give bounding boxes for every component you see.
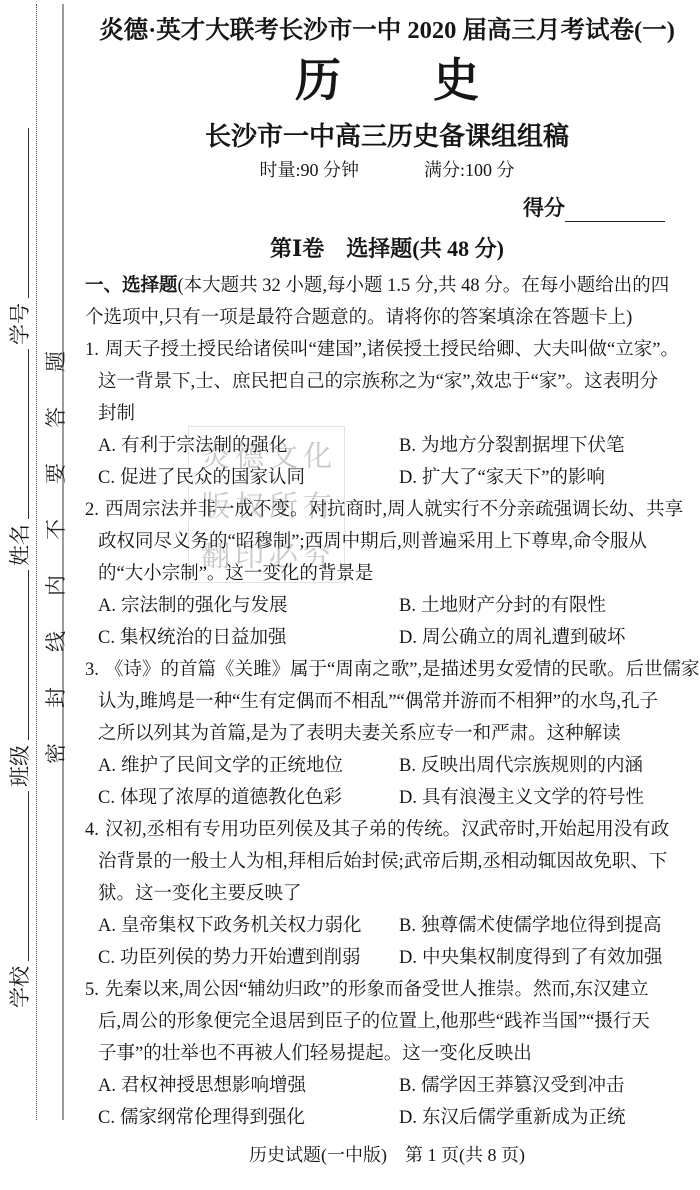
options-row: A.维护了民间文学的正统地位 B.反映出周代宗族规则的内涵 — [98, 750, 689, 782]
id-field-label: 学号 — [4, 303, 34, 345]
option-label: C. — [98, 948, 115, 968]
question-2: 2.西周宗法并非一成不变。对抗商时,周人就实行不分亲疏强调长幼、共享 政权同尽义… — [85, 494, 689, 654]
exam-paper-page: 学校 班级 姓名 学号 密封线内不要答题 炎德文化 版权所有 翻印必究 炎德·英… — [0, 0, 700, 1190]
options-row: C.儒家纲常伦理得到强化 D.东汉后儒学重新成为正统 — [98, 1102, 689, 1134]
option-a: A.宗法制的强化与发展 — [98, 590, 399, 622]
options-row: A.宗法制的强化与发展 B.土地财产分封的有限性 — [98, 590, 689, 622]
option-label: C. — [98, 628, 115, 648]
question-stem-line: 1.周天子授土授民给诸侯叫“建国”,诸侯授土授民给卿、大夫叫做“立家”。 — [85, 334, 689, 366]
option-a: A.皇帝集权下政务机关权力弱化 — [98, 910, 399, 942]
question-stem-line: 后,周公的形象便完全退居到臣子的位置上,他那些“践祚当国”“摄行天 — [98, 1006, 689, 1038]
question-number: 4. — [85, 814, 105, 846]
option-label: B. — [399, 436, 416, 456]
student-info-strip: 学校 班级 姓名 学号 — [6, 108, 32, 1008]
question-stem-line: 2.西周宗法并非一成不变。对抗商时,周人就实行不分亲疏强调长幼、共享 — [85, 494, 689, 526]
option-text: 独尊儒术使儒学地位得到提高 — [421, 916, 662, 936]
option-label: C. — [98, 468, 115, 488]
score-blank-line — [565, 197, 665, 222]
id-field-label: 姓名 — [4, 524, 34, 566]
option-text: 扩大了“家天下”的影响 — [422, 468, 605, 488]
option-text: 皇帝集权下政务机关权力弱化 — [121, 916, 362, 936]
options-row: C.体现了浓厚的道德教化色彩 D.具有浪漫主义文学的符号性 — [98, 782, 689, 814]
question-stem-line: 治背景的一般士人为相,拜相后始封侯;武帝后期,丞相动辄因故免职、下 — [98, 846, 689, 878]
option-label: C. — [98, 788, 115, 808]
option-text: 君权神授思想影响增强 — [121, 1076, 306, 1096]
option-label: A. — [98, 756, 116, 776]
option-text: 东汉后儒学重新成为正统 — [422, 1108, 626, 1128]
question-1: 1.周天子授土授民给诸侯叫“建国”,诸侯授土授民给卿、大夫叫做“立家”。 这一背… — [85, 334, 689, 494]
option-text: 中央集权制度得到了有效加强 — [422, 948, 663, 968]
option-b: B.反映出周代宗族规则的内涵 — [399, 750, 643, 782]
id-blank-line — [10, 128, 29, 298]
options-row: C.促进了民众的国家认同 D.扩大了“家天下”的影响 — [98, 462, 689, 494]
option-text: 周公确立的周礼遭到破坏 — [422, 628, 626, 648]
option-text: 集权统治的日益加强 — [120, 628, 287, 648]
question-stem-line: 的“大小宗制”。这一变化的背景是 — [98, 558, 689, 590]
option-text: 土地财产分封的有限性 — [421, 596, 606, 616]
question-number: 2. — [85, 494, 105, 526]
option-d: D.扩大了“家天下”的影响 — [399, 462, 605, 494]
option-text: 功臣列侯的势力开始遭到削弱 — [120, 948, 361, 968]
question-number: 5. — [85, 974, 105, 1006]
instructions-lead: 一、选择题 — [85, 276, 178, 296]
seal-dotted-rule — [36, 4, 37, 1120]
stem-text: 周天子授土授民给诸侯叫“建国”,诸侯授土授民给卿、大夫叫做“立家”。 — [105, 340, 679, 360]
question-stem-line: 封制 — [98, 398, 689, 430]
option-b: B.为地方分裂割据埋下伏笔 — [399, 430, 624, 462]
option-a: A.有利于宗法制的强化 — [98, 430, 399, 462]
question-stem-line: 政权同尽义务的“昭穆制”;西周中期后,则普遍采用上下尊卑,命令服从 — [98, 526, 689, 558]
option-label: C. — [98, 1108, 115, 1128]
option-b: B.土地财产分封的有限性 — [399, 590, 606, 622]
instructions-block: 一、选择题(本大题共 32 小题,每小题 1.5 分,共 48 分。在每小题给出… — [85, 270, 689, 334]
question-stem-line: 狱。这一变化主要反映了 — [98, 878, 689, 910]
stem-text: 西周宗法并非一成不变。对抗商时,周人就实行不分亲疏强调长幼、共享 — [105, 500, 683, 520]
option-text: 儒家纲常伦理得到强化 — [120, 1108, 305, 1128]
instructions-text: (本大题共 32 小题,每小题 1.5 分,共 48 分。在每小题给出的四 — [178, 276, 670, 296]
option-label: A. — [98, 1076, 116, 1096]
subject-title: 历 史 — [85, 54, 689, 106]
option-label: A. — [98, 916, 116, 936]
option-label: A. — [98, 436, 116, 456]
question-stem-line: 认为,雎鸠是一种“生有定偶而不相乱”“偶常并游而不相狎”的水鸟,孔子 — [98, 686, 689, 718]
id-blank-line — [10, 570, 29, 740]
option-text: 具有浪漫主义文学的符号性 — [422, 788, 644, 808]
option-text: 宗法制的强化与发展 — [121, 596, 288, 616]
option-c: C.儒家纲常伦理得到强化 — [98, 1102, 399, 1134]
option-text: 体现了浓厚的道德教化色彩 — [120, 788, 342, 808]
id-field-school: 学校 — [4, 787, 34, 1008]
option-label: D. — [399, 468, 417, 488]
question-stem-line: 5.先秦以来,周公因“辅幼归政”的形象而备受世人推崇。然而,东汉建立 — [85, 974, 689, 1006]
question-stem-line: 4.汉初,丞相有专用功臣列侯及其子弟的传统。汉武帝时,开始起用没有政 — [85, 814, 689, 846]
question-4: 4.汉初,丞相有专用功臣列侯及其子弟的传统。汉武帝时,开始起用没有政 治背景的一… — [85, 814, 689, 974]
footer-text: 历史试题(一中版) 第 1 页(共 8 页) — [85, 1142, 689, 1168]
option-a: A.维护了民间文学的正统地位 — [98, 750, 399, 782]
option-label: D. — [399, 628, 417, 648]
option-text: 促进了民众的国家认同 — [120, 468, 305, 488]
section-title: 第Ⅰ卷 选择题(共 48 分) — [85, 234, 689, 264]
option-d: D.具有浪漫主义文学的符号性 — [399, 782, 644, 814]
option-d: D.中央集权制度得到了有效加强 — [399, 942, 663, 974]
duration-label: 时量:90 分钟 — [259, 160, 359, 180]
option-text: 为地方分裂割据埋下伏笔 — [421, 436, 625, 456]
option-b: B.独尊儒术使儒学地位得到提高 — [399, 910, 661, 942]
option-label: D. — [399, 788, 417, 808]
option-c: C.促进了民众的国家认同 — [98, 462, 399, 494]
option-d: D.周公确立的周礼遭到破坏 — [399, 622, 626, 654]
option-text: 维护了民间文学的正统地位 — [121, 756, 343, 776]
options-row: C.功臣列侯的势力开始遭到削弱 D.中央集权制度得到了有效加强 — [98, 942, 689, 974]
exam-info-line: 时量:90 分钟 满分:100 分 — [85, 158, 689, 182]
id-field-label: 学校 — [4, 966, 34, 1008]
question-stem-line: 子事”的壮举也不再被人们轻易提起。这一变化反映出 — [98, 1038, 689, 1070]
id-field-name: 姓名 — [4, 345, 34, 566]
prepared-by-line: 长沙市一中高三历史备课组组稿 — [85, 120, 689, 152]
option-b: B.儒学因王莽篡汉受到冲击 — [399, 1070, 624, 1102]
question-stem-line: 这一背景下,士、庶民把自己的宗族称之为“家”,效忠于“家”。这表明分 — [98, 366, 689, 398]
question-number: 1. — [85, 334, 105, 366]
stem-text: 汉初,丞相有专用功臣列侯及其子弟的传统。汉武帝时,开始起用没有政 — [105, 820, 669, 840]
id-blank-line — [10, 791, 29, 961]
option-label: B. — [399, 596, 416, 616]
exam-series-title: 炎德·英才大联考长沙市一中 2020 届高三月考试卷(一) — [85, 13, 689, 49]
option-label: D. — [399, 948, 417, 968]
score-label: 得分 — [523, 197, 565, 220]
option-text: 反映出周代宗族规则的内涵 — [421, 756, 643, 776]
option-c: C.功臣列侯的势力开始遭到削弱 — [98, 942, 399, 974]
id-blank-line — [10, 349, 29, 519]
stem-text: 《诗》的首篇《关雎》属于“周南之歌”,是描述男女爱情的民歌。后世儒家 — [105, 660, 700, 680]
option-label: B. — [399, 916, 416, 936]
option-c: C.集权统治的日益加强 — [98, 622, 399, 654]
options-row: A.皇帝集权下政务机关权力弱化 B.独尊儒术使儒学地位得到提高 — [98, 910, 689, 942]
seal-line-text: 密封线内不要答题 — [40, 334, 64, 764]
question-number: 3. — [85, 654, 105, 686]
instructions-line: 个选项中,只有一项是最符合题意的。请将你的答案填涂在答题卡上) — [85, 302, 689, 334]
option-text: 儒学因王莽篡汉受到冲击 — [421, 1076, 625, 1096]
stem-text: 先秦以来,周公因“辅幼归政”的形象而备受世人推崇。然而,东汉建立 — [105, 980, 649, 1000]
options-row: A.有利于宗法制的强化 B.为地方分裂割据埋下伏笔 — [98, 430, 689, 462]
question-5: 5.先秦以来,周公因“辅幼归政”的形象而备受世人推崇。然而,东汉建立 后,周公的… — [85, 974, 689, 1134]
id-field-student-number: 学号 — [4, 124, 34, 345]
option-d: D.东汉后儒学重新成为正统 — [399, 1102, 626, 1134]
option-label: B. — [399, 756, 416, 776]
question-3: 3.《诗》的首篇《关雎》属于“周南之歌”,是描述男女爱情的民歌。后世儒家 认为,… — [85, 654, 689, 814]
option-text: 有利于宗法制的强化 — [121, 436, 288, 456]
options-row: A.君权神授思想影响增强 B.儒学因王莽篡汉受到冲击 — [98, 1070, 689, 1102]
instructions-line: 一、选择题(本大题共 32 小题,每小题 1.5 分,共 48 分。在每小题给出… — [85, 270, 689, 302]
option-label: B. — [399, 1076, 416, 1096]
option-label: D. — [399, 1108, 417, 1128]
id-field-label: 班级 — [4, 745, 34, 787]
options-row: C.集权统治的日益加强 D.周公确立的周礼遭到破坏 — [98, 622, 689, 654]
question-stem-line: 之所以列其为首篇,是为了表明夫妻关系应专一和严肃。这种解读 — [98, 718, 689, 750]
full-score-label: 满分:100 分 — [424, 160, 515, 180]
question-stem-line: 3.《诗》的首篇《关雎》属于“周南之歌”,是描述男女爱情的民歌。后世儒家 — [85, 654, 689, 686]
score-line: 得分 — [85, 192, 689, 222]
id-field-class: 班级 — [4, 566, 34, 787]
content-column: 炎德·英才大联考长沙市一中 2020 届高三月考试卷(一) 历 史 长沙市一中高… — [85, 0, 689, 1168]
option-c: C.体现了浓厚的道德教化色彩 — [98, 782, 399, 814]
option-a: A.君权神授思想影响增强 — [98, 1070, 399, 1102]
option-label: A. — [98, 596, 116, 616]
